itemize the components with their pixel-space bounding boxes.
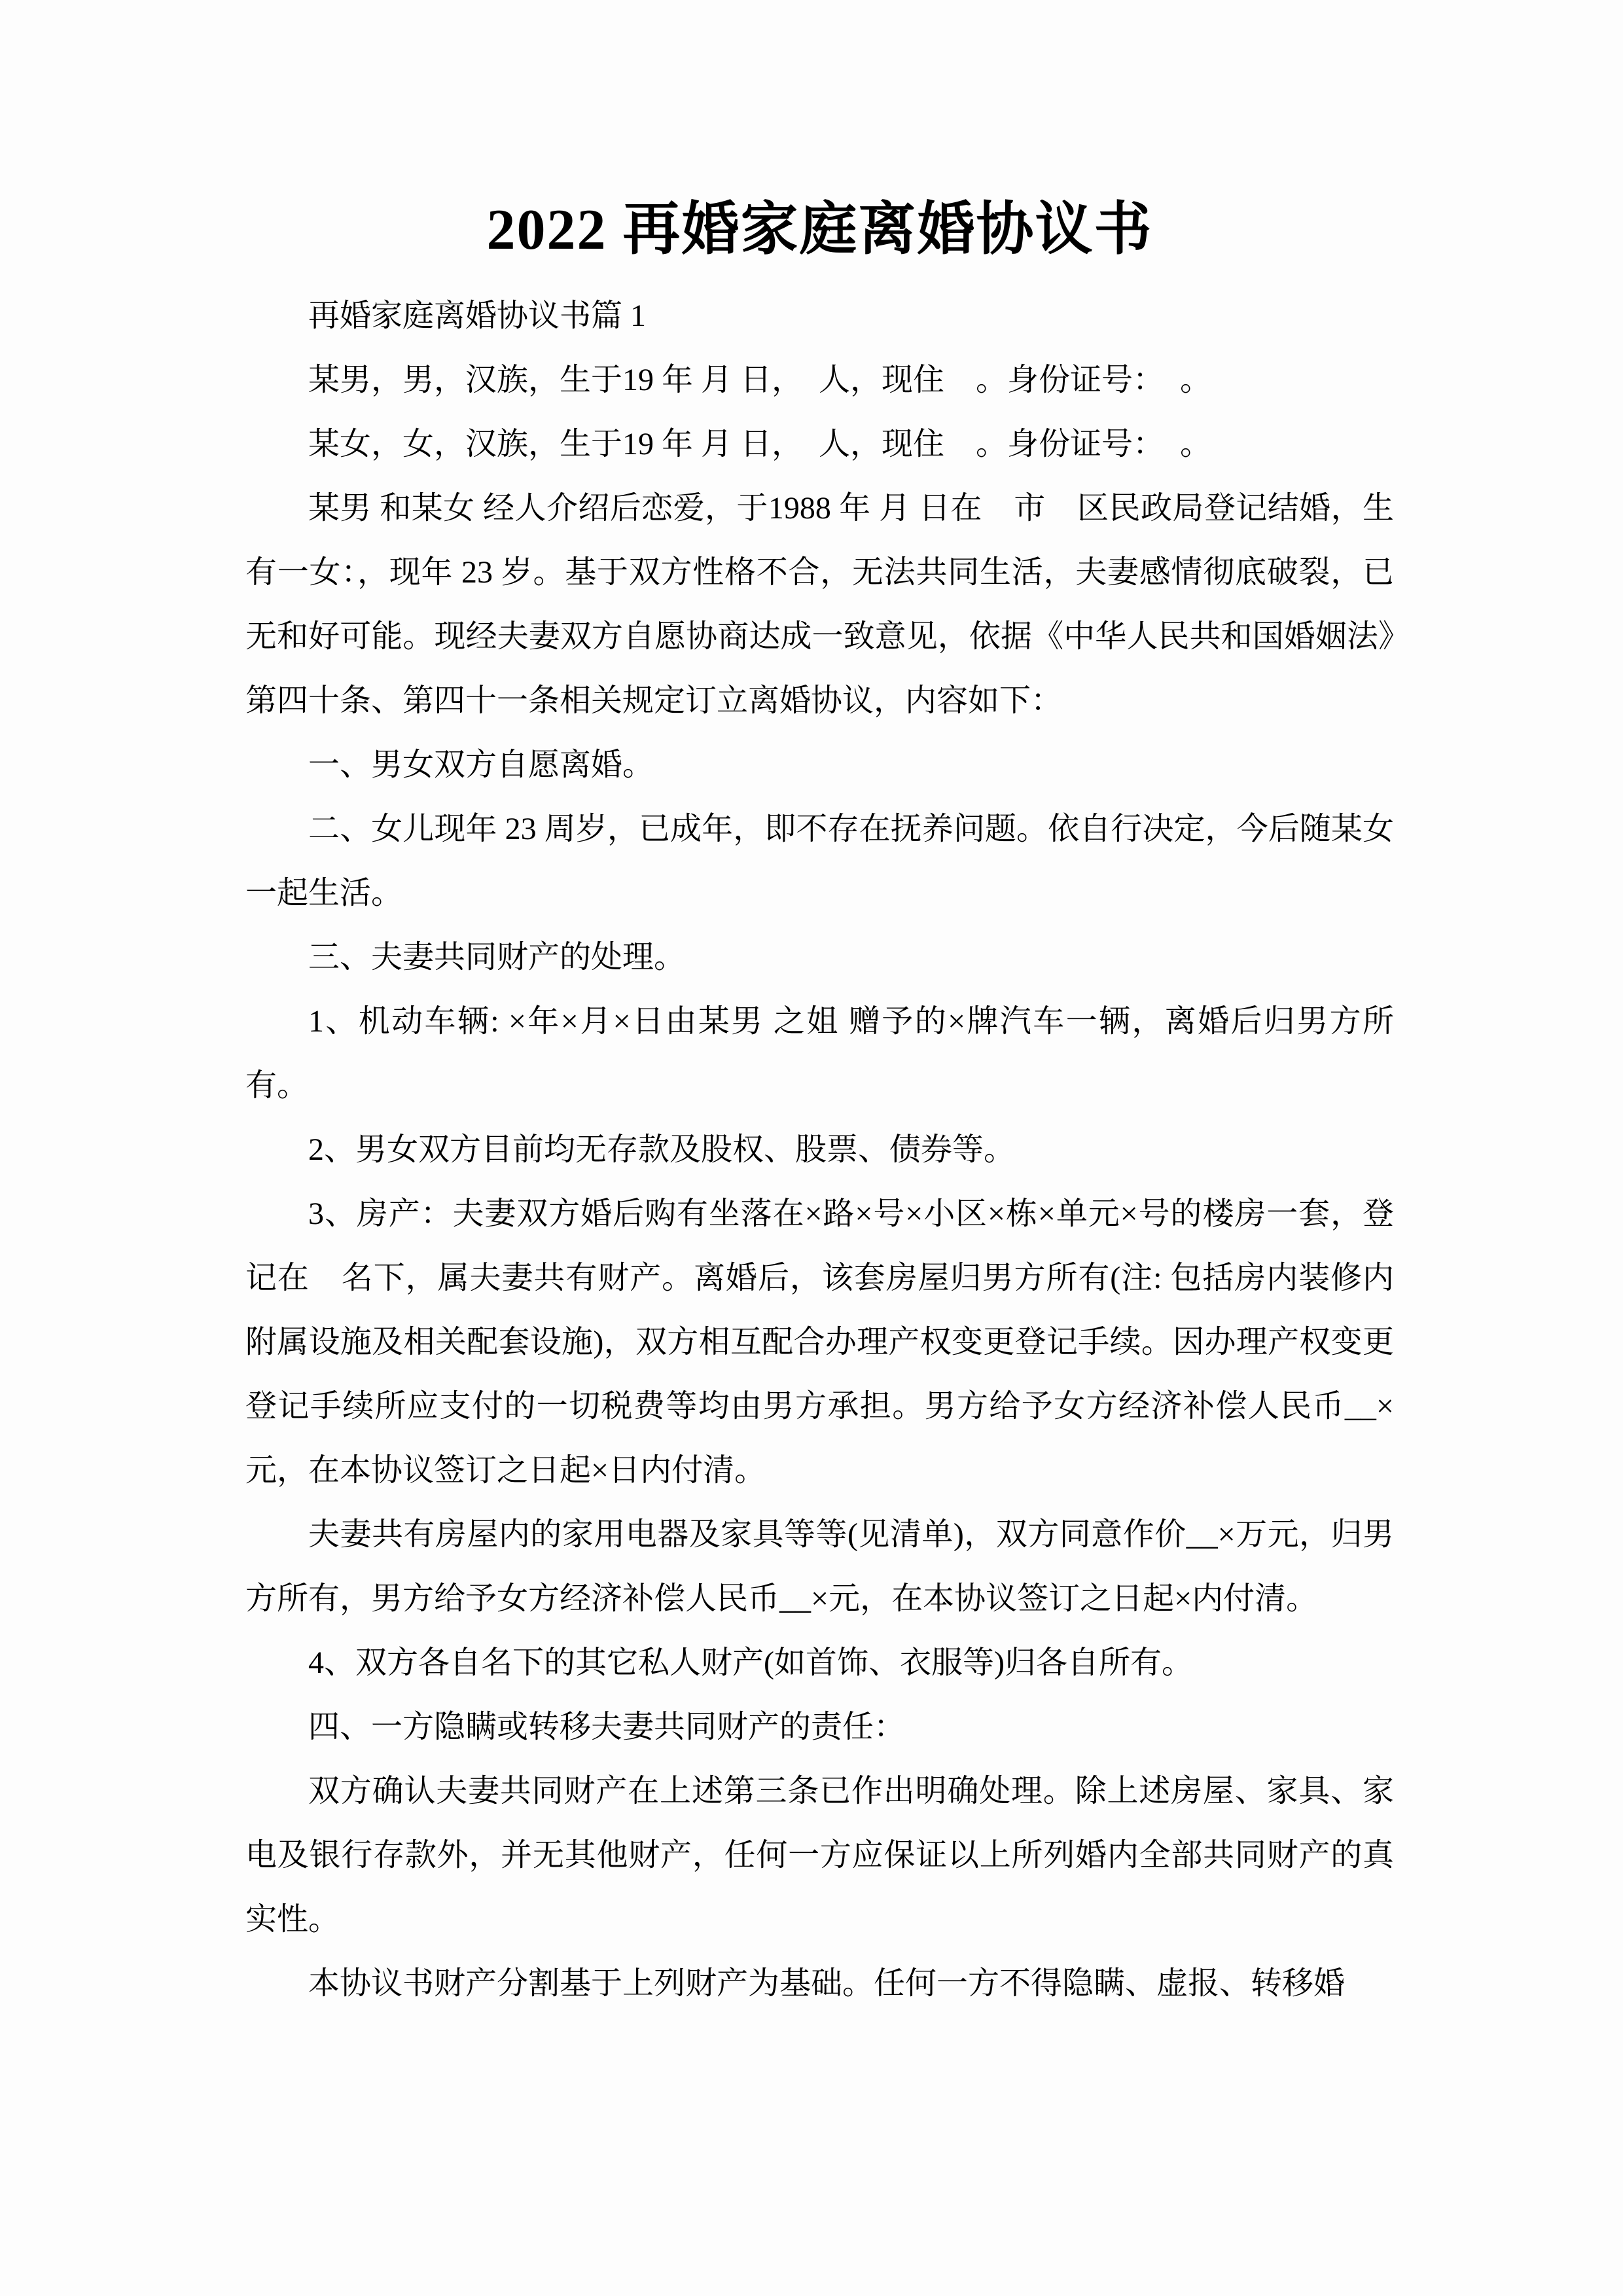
paragraph-clause-2: 二、女儿现年 23 周岁，已成年，即不存在抚养问题。依自行决定，今后随某女 一起…	[245, 797, 1394, 925]
paragraph-clause-4-confirm: 双方确认夫妻共同财产在上述第三条已作出明确处理。除上述房屋、家具、家电及银行存款…	[245, 1759, 1394, 1952]
paragraph-party-male: 某男，男，汉族，生于19 年 月 日， 人，现住 。身份证号： 。	[245, 348, 1394, 412]
paragraph-clause-3-item-1: 1、机动车辆: ×年×月×日由某男 之姐 赠予的×牌汽车一辆，离婚后归男方所有。	[245, 990, 1394, 1118]
paragraph-clause-4-basis: 本协议书财产分割基于上列财产为基础。任何一方不得隐瞒、虚报、转移婚	[245, 1952, 1394, 2016]
paragraph-clause-3-item-3b: 夫妻共有房屋内的家用电器及家具等等(见清单)，双方同意作价__×万元，归男方所有…	[245, 1503, 1394, 1631]
document-title: 2022 再婚家庭离婚协议书	[245, 194, 1394, 267]
paragraph-party-female: 某女，女，汉族，生于19 年 月 日， 人，现住 。身份证号： 。	[245, 412, 1394, 476]
paragraph-clause-3-item-4: 4、双方各自名下的其它私人财产(如首饰、衣服等)归各自所有。	[245, 1631, 1394, 1695]
paragraph-clause-4: 四、一方隐瞒或转移夫妻共同财产的责任：	[245, 1695, 1394, 1759]
paragraph-clause-3-item-2: 2、男女双方目前均无存款及股权、股票、债券等。	[245, 1118, 1394, 1182]
paragraph-clause-3: 三、夫妻共同财产的处理。	[245, 925, 1394, 990]
paragraph-preamble: 某男 和某女 经人介绍后恋爱，于1988 年 月 日在 市 区民政局登记结婚，生…	[245, 476, 1394, 733]
paragraph-clause-1: 一、男女双方自愿离婚。	[245, 733, 1394, 797]
document-page: 2022 再婚家庭离婚协议书 再婚家庭离婚协议书篇 1 某男，男，汉族，生于19…	[0, 0, 1623, 2296]
document-body: 再婚家庭离婚协议书篇 1 某男，男，汉族，生于19 年 月 日， 人，现住 。身…	[245, 284, 1394, 2016]
paragraph-subtitle: 再婚家庭离婚协议书篇 1	[245, 284, 1394, 348]
paragraph-clause-3-item-3: 3、房产：夫妻双方婚后购有坐落在×路×号×小区×栋×单元×号的楼房一套，登记在 …	[245, 1182, 1394, 1503]
